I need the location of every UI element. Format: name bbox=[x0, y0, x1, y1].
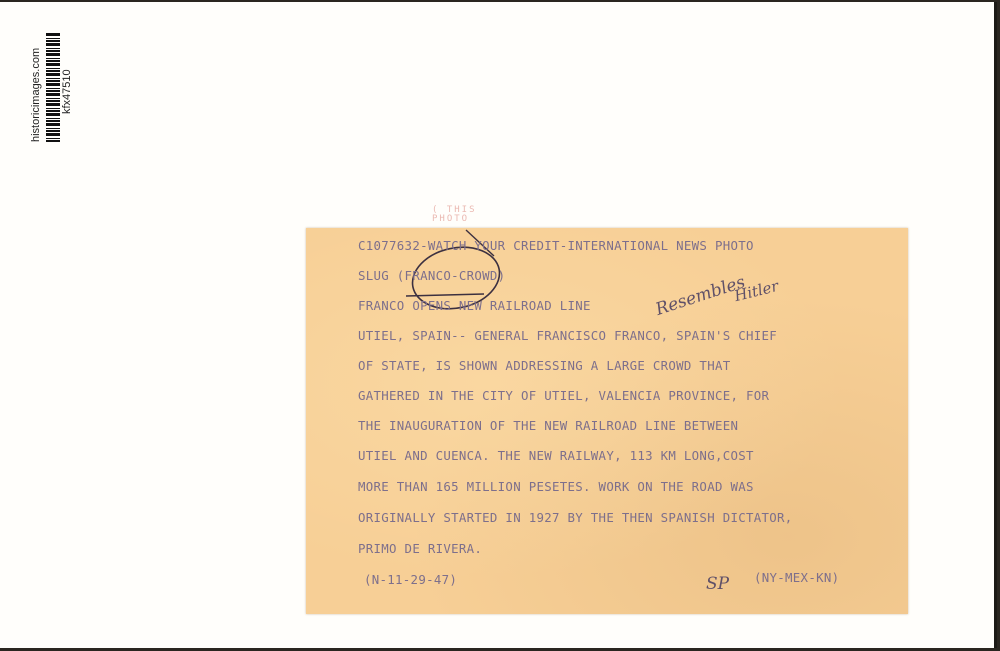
watermark-id: kfx47510 bbox=[61, 69, 73, 114]
caption-line: PRIMO DE RIVERA. bbox=[358, 541, 482, 556]
photo-back: historicimages.com kfx47510 ( THIS PHOTO… bbox=[0, 2, 997, 648]
caption-slip: C1077632-WATCH YOUR CREDIT-INTERNATIONAL… bbox=[306, 228, 908, 614]
caption-line: ORIGINALLY STARTED IN 1927 BY THE THEN S… bbox=[358, 510, 793, 525]
caption-line: MORE THAN 165 MILLION PESETES. WORK ON T… bbox=[358, 479, 754, 494]
caption-headline: FRANCO OPENS NEW RAILROAD LINE bbox=[358, 298, 591, 313]
caption-line: GATHERED IN THE CITY OF UTIEL, VALENCIA … bbox=[358, 388, 769, 403]
watermark-site: historicimages.com bbox=[30, 48, 42, 142]
caption-line: UTIEL AND CUENCA. THE NEW RAILWAY, 113 K… bbox=[358, 448, 754, 463]
watermark: historicimages.com kfx47510 bbox=[26, 32, 76, 144]
handwritten-note: Resembles bbox=[653, 272, 748, 320]
caption-line: UTIEL, SPAIN-- GENERAL FRANCISCO FRANCO,… bbox=[358, 328, 777, 343]
routing-code: (NY-MEX-KN) bbox=[754, 570, 839, 585]
date-code: (N-11-29-47) bbox=[364, 572, 457, 587]
faded-stamp: ( THIS PHOTO bbox=[432, 206, 477, 224]
barcode bbox=[46, 32, 60, 142]
caption-line: SLUG (FRANCO-CROWD) bbox=[358, 268, 505, 283]
caption-line: THE INAUGURATION OF THE NEW RAILROAD LIN… bbox=[358, 418, 738, 433]
handwritten-initials: SP bbox=[706, 574, 729, 594]
caption-line: OF STATE, IS SHOWN ADDRESSING A LARGE CR… bbox=[358, 358, 730, 373]
caption-line: C1077632-WATCH YOUR CREDIT-INTERNATIONAL… bbox=[358, 238, 754, 253]
stamp-line: PHOTO bbox=[432, 215, 477, 224]
